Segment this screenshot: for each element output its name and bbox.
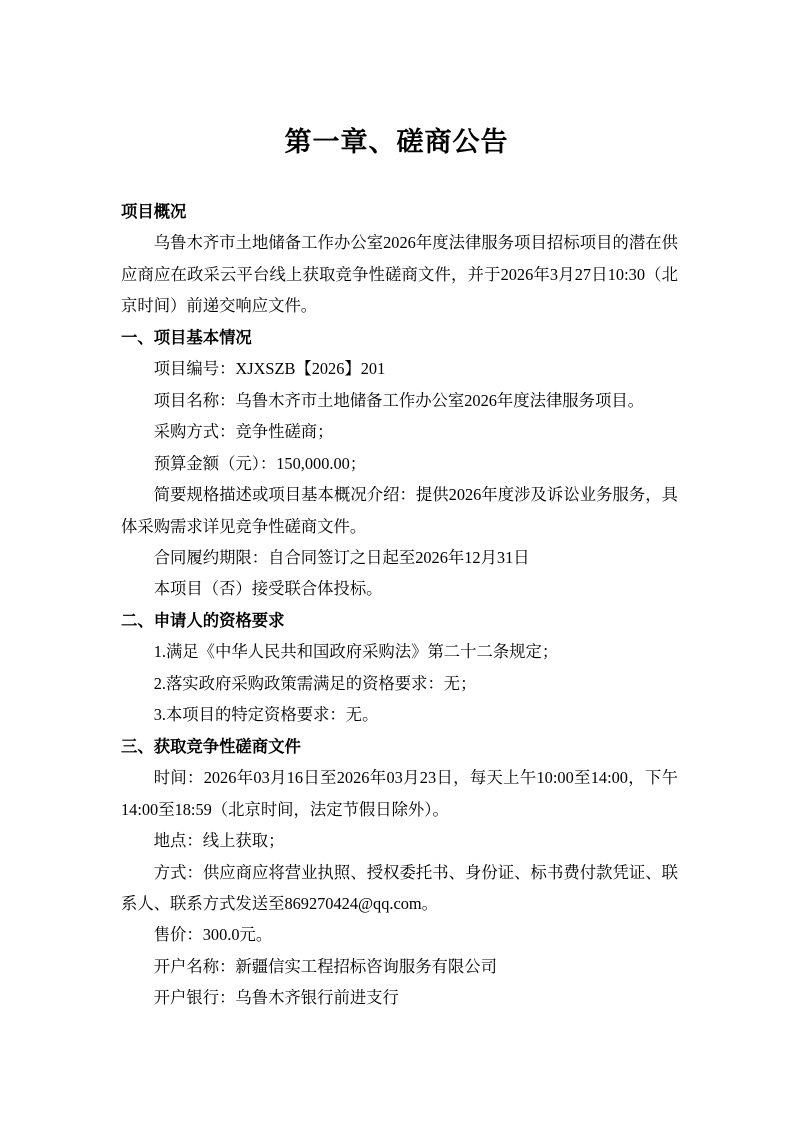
paragraph: 方式：供应商应将营业执照、授权委托书、身份证、标书费付款凭证、联系人、联系方式发… <box>121 857 678 920</box>
paragraph: 地点：线上获取； <box>121 825 678 856</box>
paragraph: 开户名称：新疆信实工程招标咨询服务有限公司 <box>121 951 678 982</box>
paragraph: 2.落实政府采购政策需满足的资格要求：无； <box>121 668 678 699</box>
paragraph: 合同履约期限：自合同签订之日起至2026年12月31日 <box>121 542 678 573</box>
section-heading: 项目概况 <box>121 196 678 227</box>
paragraph: 3.本项目的特定资格要求：无。 <box>121 699 678 730</box>
paragraph: 1.满足《中华人民共和国政府采购法》第二十二条规定； <box>121 636 678 667</box>
paragraph: 乌鲁木齐市土地储备工作办公室2026年度法律服务项目招标项目的潜在供应商应在政采… <box>121 227 678 321</box>
paragraph: 采购方式：竞争性磋商； <box>121 416 678 447</box>
paragraph: 时间：2026年03月16日至2026年03月23日，每天上午10:00至14:… <box>121 762 678 825</box>
paragraph: 开户银行：乌鲁木齐银行前进支行 <box>121 982 678 1013</box>
document-page: 第一章、磋商公告 项目概况乌鲁木齐市土地储备工作办公室2026年度法律服务项目招… <box>0 0 793 1122</box>
paragraph: 售价：300.0元。 <box>121 919 678 950</box>
paragraph: 项目名称：乌鲁木齐市土地储备工作办公室2026年度法律服务项目。 <box>121 385 678 416</box>
paragraph: 简要规格描述或项目基本概况介绍：提供2026年度涉及诉讼业务服务，具体采购需求详… <box>121 479 678 542</box>
paragraph: 项目编号：XJXSZB【2026】201 <box>121 353 678 384</box>
section-heading: 三、获取竞争性磋商文件 <box>121 731 678 762</box>
chapter-title: 第一章、磋商公告 <box>0 124 793 160</box>
paragraph: 本项目（否）接受联合体投标。 <box>121 573 678 604</box>
section-heading: 二、申请人的资格要求 <box>121 605 678 636</box>
document-body: 项目概况乌鲁木齐市土地储备工作办公室2026年度法律服务项目招标项目的潜在供应商… <box>121 196 678 1014</box>
section-heading: 一、项目基本情况 <box>121 322 678 353</box>
paragraph: 预算金额（元）：150,000.00； <box>121 448 678 479</box>
